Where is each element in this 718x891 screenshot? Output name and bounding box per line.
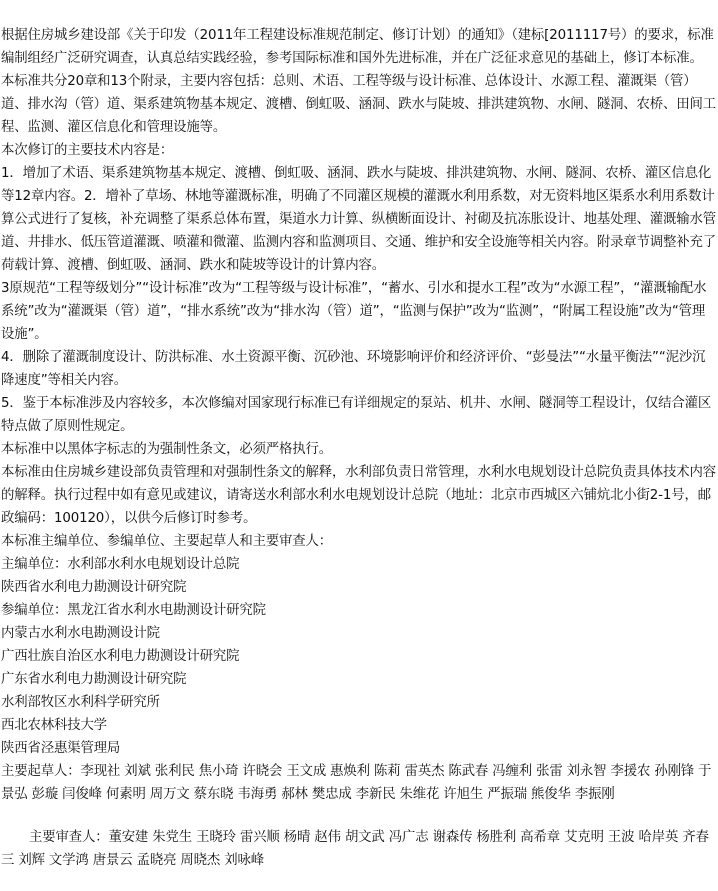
participating-unit-2: 内蒙古水利水电勘测设计院 — [1, 622, 717, 645]
intro-paragraph: 根据住房城乡建设部《关于印发（2011年工程建设标准规范制定、修订计划）的通知》… — [1, 24, 717, 70]
reviewers-list: 董安建 朱党生 王晓玲 雷兴顺 杨晴 赵伟 胡文武 冯广志 谢森传 杨胜利 高希… — [1, 830, 709, 868]
units-heading: 本标准主编单位、参编单位、主要起草人和主要审查人： — [1, 530, 717, 553]
revision-item-3: 3原规范“工程等级划分”“设计标准”改为“工程等级与设计标准”，“蓄水、引水和提… — [1, 277, 717, 346]
participating-unit-5: 水利部牧区水利科学研究所 — [1, 691, 717, 714]
chief-unit-line: 主编单位：水利部水利水电规划设计总院 — [1, 553, 717, 576]
chief-unit-2: 陕西省水利电力勘测设计研究院 — [1, 576, 717, 599]
document-body: 根据住房城乡建设部《关于印发（2011年工程建设标准规范制定、修订计划）的通知》… — [0, 0, 717, 872]
participating-unit-line: 参编单位：黑龙江省水利水电勘测设计研究院 — [1, 599, 717, 622]
drafters-list: 李现社 刘斌 张利民 焦小琦 许晓会 王文成 惠焕利 陈莉 雷英杰 陈武春 冯缠… — [1, 764, 711, 802]
drafters-paragraph: 主要起草人：李现社 刘斌 张利民 焦小琦 许晓会 王文成 惠焕利 陈莉 雷英杰 … — [1, 760, 717, 806]
participating-unit-4: 广东省水利电力勘测设计研究院 — [1, 668, 717, 691]
revision-item-4: 4．删除了灌溉制度设计、防洪标准、水土资源平衡、沉砂池、环境影响评价和经济评价、… — [1, 346, 717, 392]
chief-unit-1: 水利部水利水电规划设计总院 — [67, 557, 239, 572]
participating-units-label: 参编单位： — [1, 603, 67, 618]
participating-unit-6: 西北农林科技大学 — [1, 714, 717, 737]
reviewers-paragraph: 主要审查人：董安建 朱党生 王晓玲 雷兴顺 杨晴 赵伟 胡文武 冯广志 谢森传 … — [1, 826, 717, 872]
participating-unit-3: 广西壮族自治区水利电力勘测设计研究院 — [1, 645, 717, 668]
revision-item-5: 5．鉴于本标准涉及内容较多，本次修编对国家现行标准已有详细规定的泵站、机井、水闸… — [1, 392, 717, 438]
section-spacer — [1, 806, 717, 826]
revision-item-1-2: 1．增加了术语、渠系建筑物基本规定、渡槽、倒虹吸、涵洞、跌水与陡坡、排洪建筑物、… — [1, 162, 717, 277]
chief-units-label: 主编单位： — [1, 557, 67, 572]
drafters-label: 主要起草人： — [1, 764, 80, 779]
mandatory-note: 本标准中以黑体字标志的为强制性条文，必须严格执行。 — [1, 438, 717, 461]
participating-unit-1: 黑龙江省水利水电勘测设计研究院 — [67, 603, 266, 618]
reviewers-label: 主要审查人： — [29, 830, 108, 845]
management-note: 本标准由住房城乡建设部负责管理和对强制性条文的解释，水利部负责日常管理，水利水电… — [1, 461, 717, 530]
participating-unit-7: 陕西省泾惠渠管理局 — [1, 737, 717, 760]
revision-heading: 本次修订的主要技术内容是： — [1, 139, 717, 162]
content-summary-paragraph: 本标准共分20章和13个附录，主要内容包括：总则、术语、工程等级与设计标准、总体… — [1, 70, 717, 139]
